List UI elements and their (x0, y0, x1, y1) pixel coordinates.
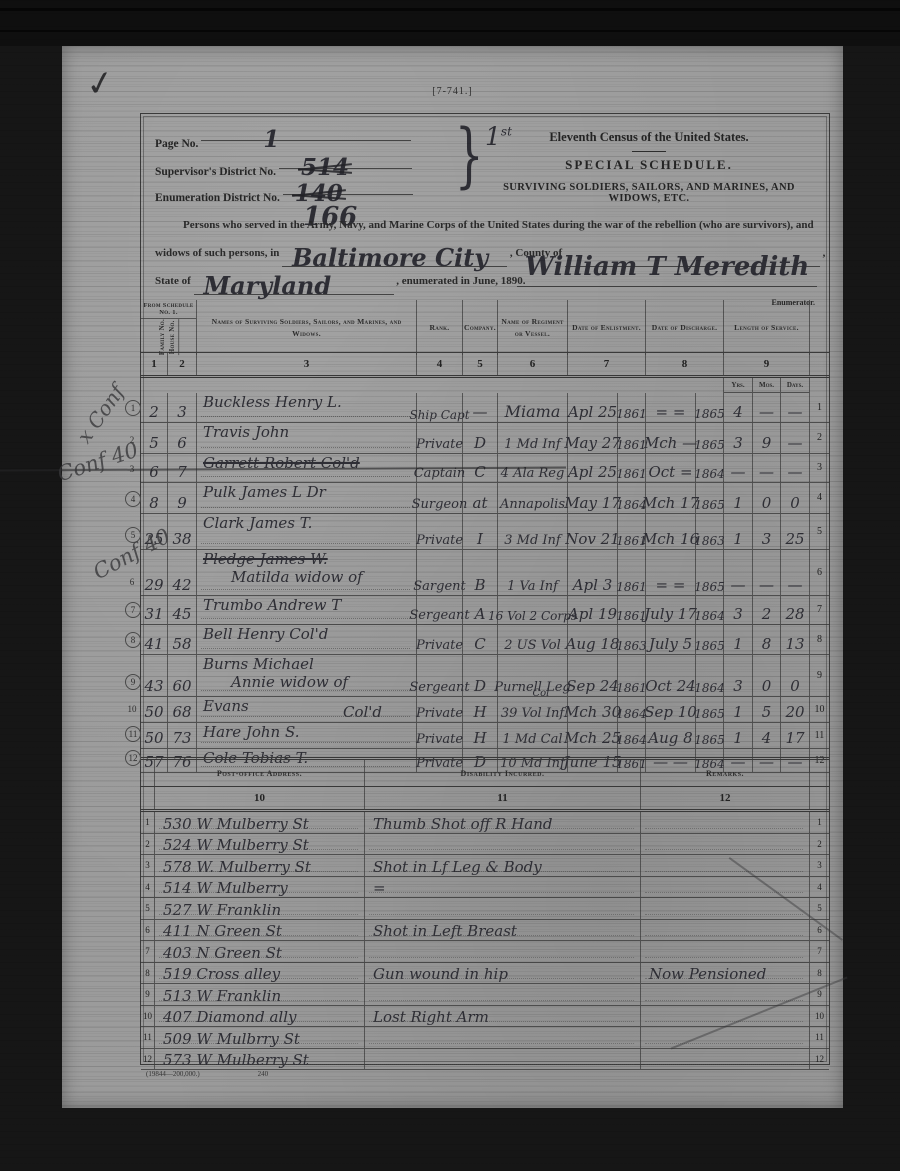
table-row: 7 3145 Trumbo Andrew T Sergeant A 16 Vol… (141, 596, 829, 625)
preamble-line2-end: , (823, 247, 826, 259)
address-row: 3578 W. Mulberry StShot in Lf Leg & Body… (141, 855, 829, 877)
address-table: Post-office Address. Disability Incurred… (141, 757, 829, 1070)
family-no-header: Family No. (158, 319, 168, 355)
address-row: 1530 W Mulberry StThumb Shot off R Hand1 (141, 812, 829, 834)
address-column-numbers: 10 11 12 (141, 787, 829, 812)
days-header: Days. (781, 378, 810, 393)
service-subheader: Yrs. Mos. Days. (141, 378, 829, 393)
house-no-header: House No. (168, 319, 179, 355)
discharge-header: Date of Discharge. (646, 300, 724, 355)
address-row: 11509 W Mulbrry St11 (141, 1027, 829, 1049)
margin-note-1: x Conf (72, 380, 129, 447)
rank-header: Rank. (417, 300, 463, 355)
address-table-header: Post-office Address. Disability Incurred… (141, 760, 829, 787)
address-row: 7403 N Green St7 (141, 941, 829, 963)
schedule-title: SPECIAL SCHEDULE. (479, 157, 819, 173)
preamble-line3-mid: , enumerated in June, 1890. (396, 275, 525, 287)
address-row: 9513 W Franklin9 (141, 984, 829, 1006)
from-schedule-header: From Schedule No. 1. House No.Family No. (141, 300, 197, 355)
enumeration-district-label: Enumeration District No. (155, 192, 280, 204)
service-header: Length of Service. (724, 300, 810, 355)
form-border: Page No. 1 Supervisor's District No. 514… (140, 113, 830, 1065)
address-row: 12573 W Mulberry St12 (141, 1049, 829, 1071)
preamble-line1: Persons who served in the Army, Navy, an… (183, 219, 814, 231)
print-code: (19844—200,000.) (146, 1070, 200, 1078)
address-row: 6411 N Green StShot in Left Breast6 (141, 920, 829, 942)
names-header: Names of Surviving Soldiers, Sailors, an… (197, 300, 417, 355)
table-row: 8 4158 Bell Henry Col'd Private C 2 US V… (141, 625, 829, 655)
table-row: 1 23 Buckless Henry L. Ship Capt — Miama… (141, 393, 829, 423)
form-header: Page No. 1 Supervisor's District No. 514… (155, 124, 819, 208)
main-column-numbers: 1 2 3 4 5 6 7 8 9 (141, 353, 829, 378)
enumerator-signature: William T Meredith (517, 253, 817, 287)
address-row: 8519 Cross alleyGun wound in hipNow Pens… (141, 963, 829, 985)
table-row: 10 5068 EvansCol'd Private H 39 Vol InfC… (141, 697, 829, 723)
disability-header: Disability Incurred. (365, 760, 641, 786)
table-row: 2 56 Travis John Private D 1 Md Inf May … (141, 423, 829, 454)
address-header: Post-office Address. (155, 760, 365, 786)
schedule-subtitle: SURVIVING SOLDIERS, SAILORS, AND MARINES… (479, 182, 819, 204)
address-row: 10407 Diamond allyLost Right Arm10 (141, 1006, 829, 1028)
address-row: 2524 W Mulberry St2 (141, 834, 829, 856)
state-fill: Maryland (204, 272, 332, 300)
mos-header: Mos. (753, 378, 781, 393)
address-row: 4514 W Mulberry=4 (141, 877, 829, 899)
scan-dark-top (0, 0, 900, 46)
title-rule (632, 151, 666, 152)
table-row: 6 2942 Pledge James W.Matilda widow of S… (141, 550, 829, 596)
enlistment-header: Date of Enlistment. (568, 300, 646, 355)
print-footer: (19844—200,000.)240 (146, 1070, 326, 1078)
rownum-header (810, 300, 829, 355)
supervisor-district-crossed: 514 (301, 156, 349, 179)
remarks-header: Remarks. (641, 760, 810, 786)
census-titles: Eleventh Census of the United States. SP… (479, 130, 819, 204)
page-no-value: 1 (263, 126, 279, 153)
supervisor-district-label: Supervisor's District No. (155, 166, 276, 178)
preamble-line3-pre: State of (155, 275, 191, 287)
main-table-header: From Schedule No. 1. House No.Family No.… (141, 300, 829, 353)
address-row: 5527 W Franklin5 (141, 898, 829, 920)
census-title: Eleventh Census of the United States. (479, 130, 819, 145)
table-row: 9 4360 Burns MichaelAnnie widow of Serge… (141, 655, 829, 697)
checkmark-annotation: ✓ (83, 62, 118, 106)
preamble-line2-pre: widows of such persons, in (155, 247, 279, 259)
form-code: [7-741.] (62, 86, 843, 97)
yrs-header: Yrs. (724, 378, 753, 393)
company-header: Company. (463, 300, 498, 355)
regiment-header: Name of Regiment or Vessel. (498, 300, 568, 355)
scanned-census-page: ✓ x Conf Conf 40 Conf 40 [7-741.] Page N… (0, 0, 900, 1171)
table-row: 11 5073 Hare John S. Private H 1 Md Cal … (141, 723, 829, 749)
document-page: ✓ x Conf Conf 40 Conf 40 [7-741.] Page N… (62, 46, 843, 1108)
margin-note-2: Conf 40 (54, 438, 141, 487)
district-block: Page No. 1 Supervisor's District No. 514… (155, 124, 515, 208)
main-table: From Schedule No. 1. House No.Family No.… (141, 300, 829, 773)
page-no-label: Page No. (155, 138, 198, 150)
preamble: Persons who served in the Army, Navy, an… (155, 211, 821, 295)
table-row: 4 89 Pulk James L Dr Surgeon at Annapoli… (141, 483, 829, 514)
table-row: 5 2538 Clark James T. Private I 3 Md Inf… (141, 514, 829, 550)
sheet-number: 240 (258, 1070, 269, 1078)
